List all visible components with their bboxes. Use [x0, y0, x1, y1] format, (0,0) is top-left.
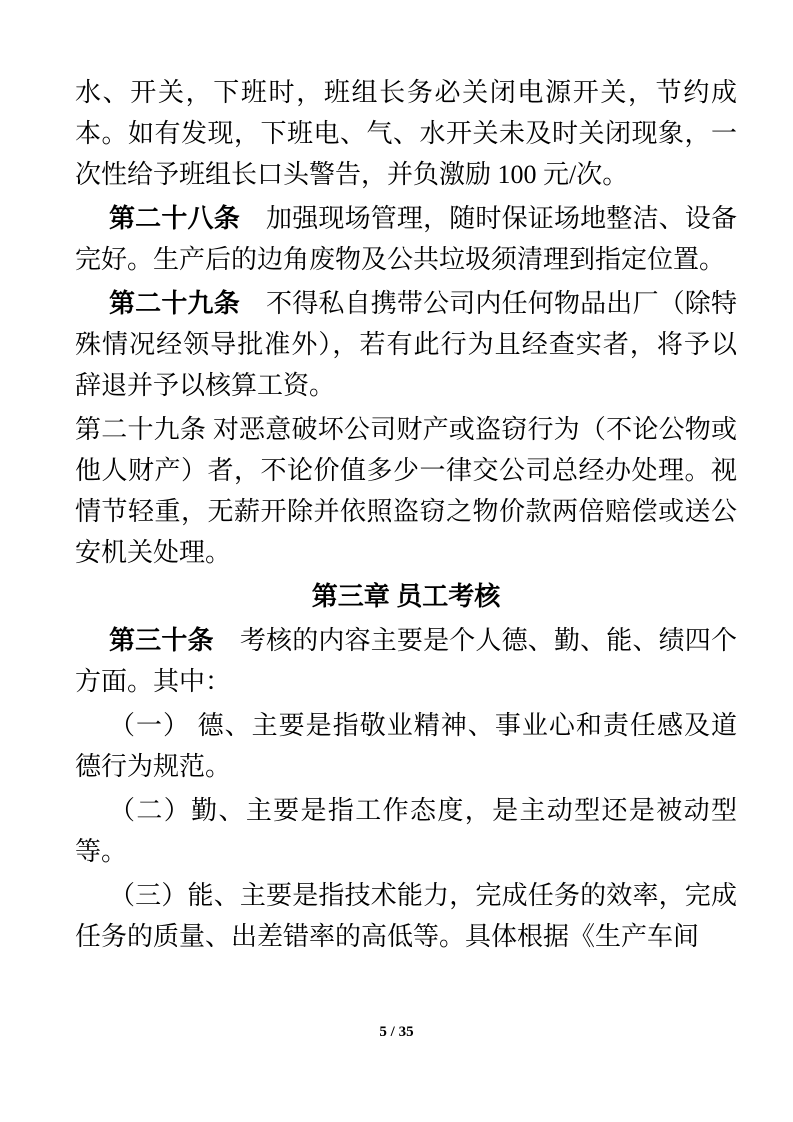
paragraph-article-29: 第二十九条 不得私自携带公司内任何物品出厂（除特殊情况经领导批准外），若有此行为… [75, 283, 737, 406]
paragraph-text: 水、开关，下班时，班组长务必关闭电源开关，节约成本。如有发现，下班电、气、水开关… [75, 78, 737, 189]
paragraph-text: （一） 德、主要是指敬业精神、事业心和责任感及道德行为规范。 [75, 711, 737, 781]
paragraph-text: （三）能、主要是指技术能力，完成任务的效率，完成任务的质量、出差错率的高低等。具… [75, 881, 737, 951]
article-number: 第二十九条 [109, 289, 240, 318]
page-footer: 5 / 35 [0, 1022, 793, 1042]
paragraph-item-2: （二）勤、主要是指工作态度，是主动型还是被动型等。 [75, 790, 737, 872]
paragraph-continuation: 水、开关，下班时，班组长务必关闭电源开关，节约成本。如有发现，下班电、气、水开关… [75, 72, 737, 195]
document-page: 水、开关，下班时，班组长务必关闭电源开关，节约成本。如有发现，下班电、气、水开关… [0, 0, 793, 1122]
paragraph-text: （二）勤、主要是指工作态度，是主动型还是被动型等。 [75, 796, 737, 866]
page-content: 水、开关，下班时，班组长务必关闭电源开关，节约成本。如有发现，下班电、气、水开关… [75, 72, 737, 957]
paragraph-item-3: （三）能、主要是指技术能力，完成任务的效率，完成任务的质量、出差错率的高低等。具… [75, 875, 737, 957]
paragraph-text: 第二十九条 对恶意破坏公司财产或盗窃行为（不论公物或他人财产）者，不论价值多少一… [75, 415, 737, 567]
page-number: 5 / 35 [379, 1024, 413, 1040]
chapter-heading: 第三章 员工考核 [75, 576, 737, 617]
paragraph-article-29-theft: 第二十九条 对恶意破坏公司财产或盗窃行为（不论公物或他人财产）者，不论价值多少一… [75, 409, 737, 573]
article-number: 第二十八条 [109, 204, 240, 233]
paragraph-item-1: （一） 德、主要是指敬业精神、事业心和责任感及道德行为规范。 [75, 705, 737, 787]
paragraph-article-28: 第二十八条 加强现场管理，随时保证场地整洁、设备完好。生产后的边角废物及公共垃圾… [75, 198, 737, 280]
article-number: 第三十条 [109, 626, 214, 655]
paragraph-article-30: 第三十条 考核的内容主要是个人德、勤、能、绩四个方面。其中： [75, 620, 737, 702]
